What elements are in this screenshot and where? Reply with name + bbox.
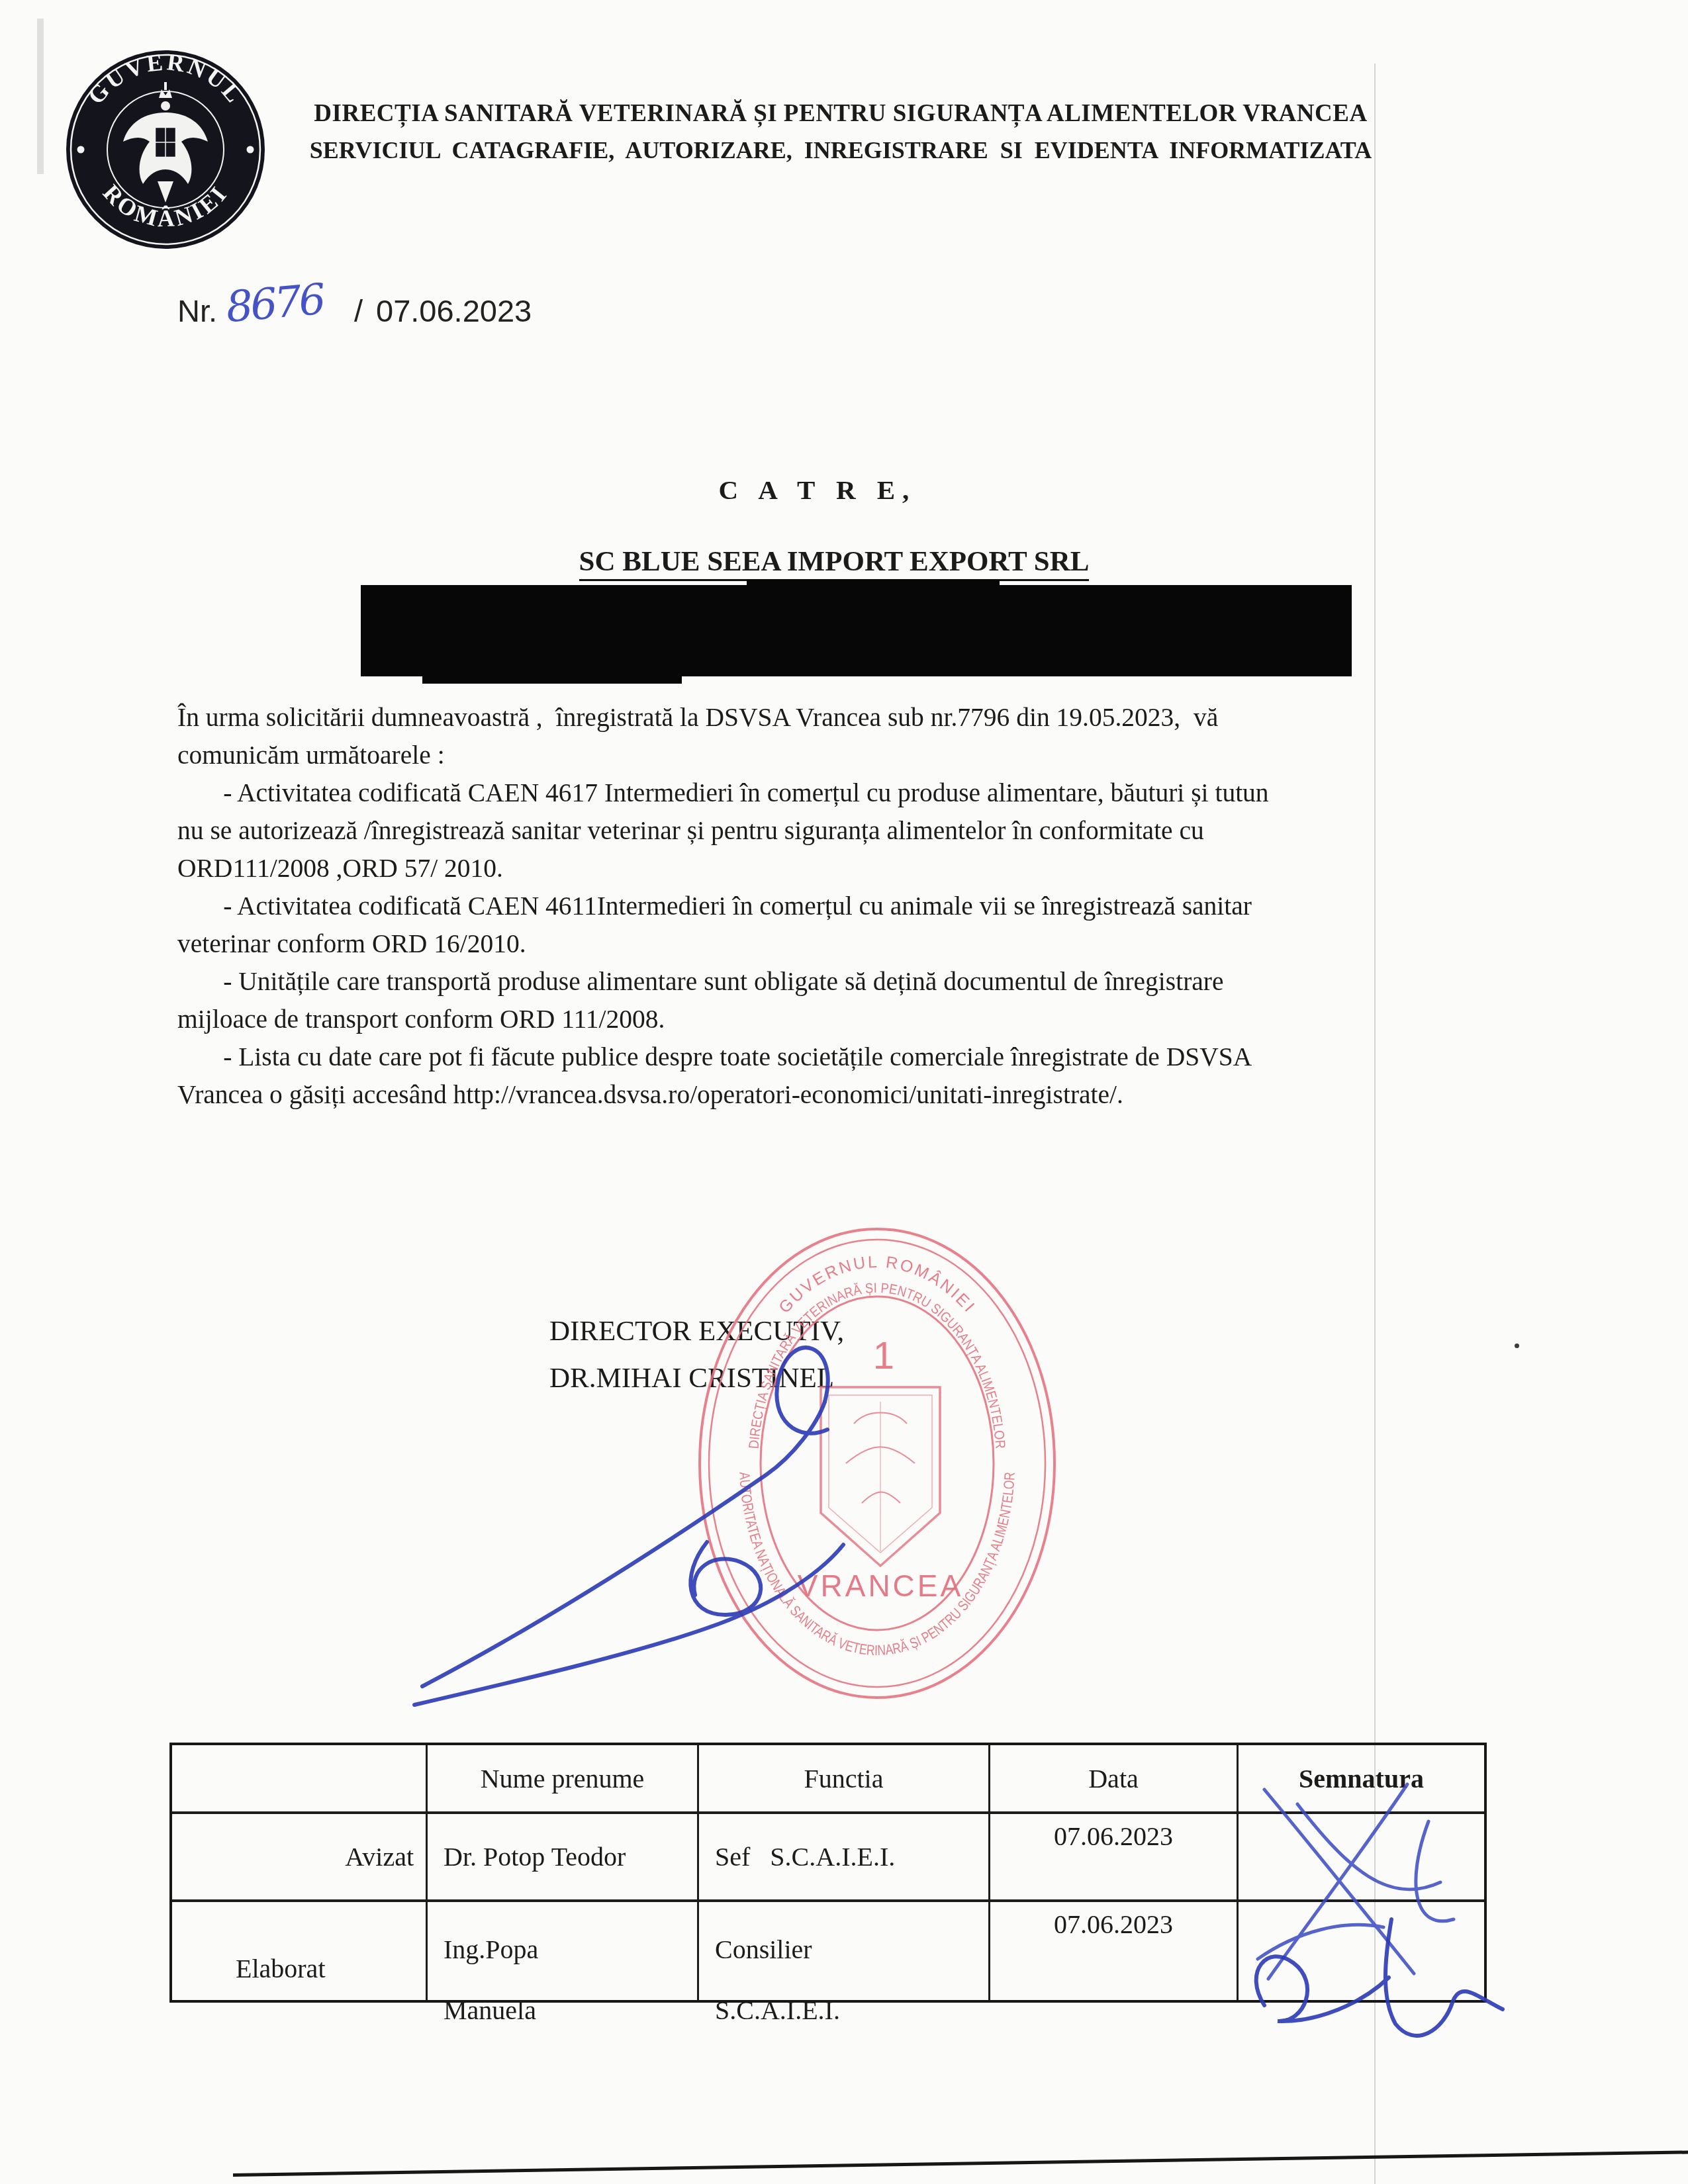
director-signature [396, 1316, 859, 1713]
table-row-function: Consilier S.C.A.I.E.I. [699, 1902, 990, 2000]
table-row-name: Ing.Popa Manuela [428, 1902, 699, 2000]
body-line: ORD111/2008 ,ORD 57/ 2010. [177, 850, 1548, 887]
letterhead-line2: SERVICIUL CATAGRAFIE, AUTORIZARE, INREGI… [285, 136, 1397, 164]
body-line: - Activitatea codificată CAEN 4611Interm… [177, 887, 1548, 925]
stamp-office-number: 1 [873, 1334, 894, 1377]
table-row-label: Elaborat [172, 1902, 428, 2000]
registration-label: Nr. [177, 293, 217, 329]
redaction-artifact-top [747, 580, 1000, 586]
scanned-letter-page: GUVERNUL ROMÂNIEI DIRECȚIA SANITARĂ VETE… [0, 0, 1688, 2184]
salutation: C A T R E, [0, 474, 1635, 506]
table-row-name: Dr. Potop Teodor [428, 1814, 699, 1902]
elaborat-signature [1225, 1899, 1509, 2052]
body-line: - Lista cu date care pot fi făcute publi… [177, 1038, 1548, 1076]
registration-number-handwritten: 8676 [224, 275, 326, 333]
body-line: comunicăm următoarele : [177, 737, 1548, 774]
body-line: - Activitatea codificată CAEN 4617 Inter… [177, 774, 1548, 812]
redaction-artifact-bottom [422, 675, 682, 684]
redacted-address-block [361, 585, 1352, 676]
table-row-label: Avizat [172, 1814, 428, 1902]
seal-right-dot [247, 146, 254, 154]
scan-stray-dot [1515, 1343, 1519, 1348]
government-seal-icon: GUVERNUL ROMÂNIEI [65, 49, 266, 250]
recipient-name: SC BLUE SEEA IMPORT EXPORT SRL [0, 545, 1668, 578]
letter-body: În urma solicitării dumneavoastră , înre… [177, 699, 1548, 1114]
body-line: veterinar conform ORD 16/2010. [177, 925, 1548, 963]
table-header-name: Nume prenume [428, 1745, 699, 1814]
letterhead: DIRECȚIA SANITARĂ VETERINARĂ ȘI PENTRU S… [285, 99, 1397, 164]
registration-line: Nr. 8676 / 07.06.2023 [177, 283, 532, 332]
seal-left-dot [77, 146, 85, 154]
body-line: În urma solicitării dumneavoastră , înre… [177, 699, 1548, 737]
scan-edge-artifact [37, 19, 44, 174]
table-header-date: Data [990, 1745, 1239, 1814]
footer-rule [233, 2150, 1688, 2177]
table-row-date: 07.06.2023 [990, 1902, 1239, 2000]
table-row-date: 07.06.2023 [990, 1814, 1239, 1902]
body-line: nu se autorizează /înregistrează sanitar… [177, 812, 1548, 850]
registration-date: 07.06.2023 [376, 293, 532, 329]
table-header-function: Functia [699, 1745, 990, 1814]
registration-separator: / [354, 293, 363, 329]
body-line: Vrancea o găsiți accesând http://vrancea… [177, 1076, 1548, 1114]
body-line: mijloace de transport conform ORD 111/20… [177, 1001, 1548, 1038]
table-header-empty [172, 1745, 428, 1814]
table-row-function: Sef S.C.A.I.E.I. [699, 1814, 990, 1902]
body-line: - Unitățile care transportă produse alim… [177, 963, 1548, 1001]
letterhead-line1: DIRECȚIA SANITARĂ VETERINARĂ ȘI PENTRU S… [285, 99, 1397, 128]
